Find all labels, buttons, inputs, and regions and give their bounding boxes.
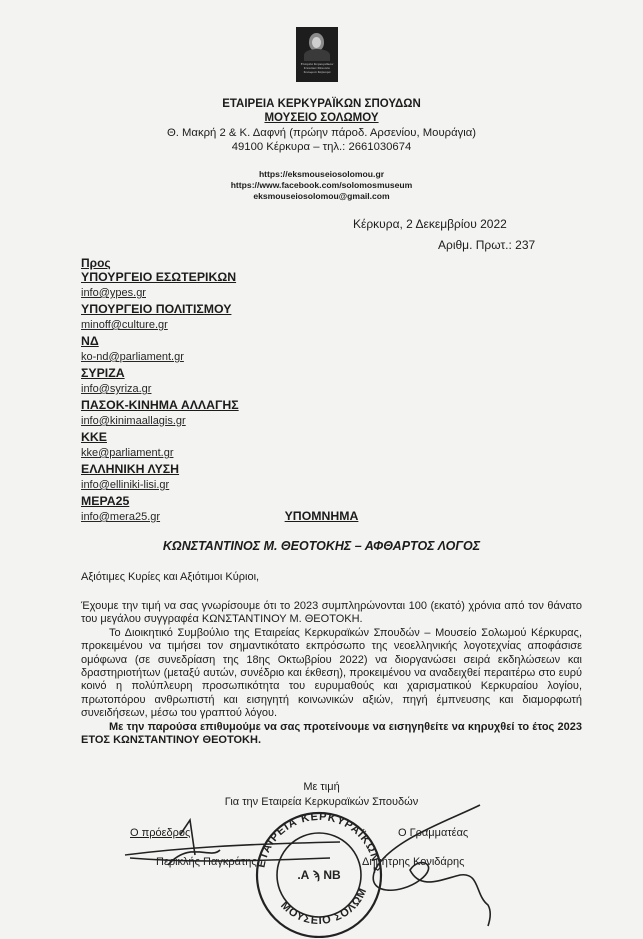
recipient-email[interactable]: info@ypes.gr: [81, 286, 239, 302]
letter-body: Έχουμε την τιμή να σας γνωρίσουμε ότι το…: [81, 600, 582, 747]
recipient-email[interactable]: info@syriza.gr: [81, 382, 239, 398]
paragraph-announcement: Έχουμε την τιμή να σας γνωρίσουμε ότι το…: [81, 600, 582, 627]
recipient-item: ΠΑΣΟΚ-ΚΙΝΗΜΑ ΑΛΛΑΓΗΣ info@kinimaallagis.…: [81, 398, 239, 430]
recipient-item: ΥΠΟΥΡΓΕΙΟ ΕΣΩΤΕΡΙΚΩΝ info@ypes.gr: [81, 270, 239, 302]
svg-text:.Α ϡ ΝΒ: .Α ϡ ΝΒ: [297, 868, 341, 882]
logo-text: Εταιρεία Κερκυραϊκών Σπουδών Μουσείο Σολ…: [298, 62, 336, 75]
recipient-email[interactable]: minoff@culture.gr: [81, 318, 239, 334]
recipient-name: ΠΑΣΟΚ-ΚΙΝΗΜΑ ΑΛΛΑΓΗΣ: [81, 398, 239, 414]
recipient-item: ΝΔ ko-nd@parliament.gr: [81, 334, 239, 366]
recipient-email[interactable]: kke@parliament.gr: [81, 446, 239, 462]
recipients-label: Προς: [81, 256, 239, 270]
secretary-role: Ο Γραμματέας: [398, 827, 468, 839]
portrait-body: [304, 49, 330, 61]
recipient-name: ΣΥΡΙΖΑ: [81, 366, 239, 382]
memo-title: ΥΠΟΜΝΗΜΑ: [0, 509, 643, 523]
recipient-item: ΕΛΛΗΝΙΚΗ ΛΥΣΗ info@elliniki-lisi.gr: [81, 462, 239, 494]
paragraph-proposal: Με την παρούσα επιθυμούμε να σας προτείν…: [81, 721, 582, 748]
recipient-name: ΥΠΟΥΡΓΕΙΟ ΠΟΛΙΤΙΣΜΟΥ: [81, 302, 239, 318]
secretary-name: Δημήτρης Κονιδάρης: [362, 856, 464, 868]
recipient-name: ΜΕΡΑ25: [81, 494, 239, 510]
letter-date: Κέρκυρα, 2 Δεκεμβρίου 2022: [353, 217, 507, 231]
portrait-face: [312, 37, 321, 48]
recipient-name: ΕΛΛΗΝΙΚΗ ΛΥΣΗ: [81, 462, 239, 478]
closing-on-behalf: Για την Εταιρεία Κερκυραϊκών Σπουδών: [0, 796, 643, 808]
salutation: Αξιότιμες Κυρίες και Αξιότιμοι Κύριοι,: [81, 571, 259, 583]
recipient-name: ΥΠΟΥΡΓΕΙΟ ΕΣΩΤΕΡΙΚΩΝ: [81, 270, 239, 286]
museum-name: ΜΟΥΣΕΙΟ ΣΟΛΩΜΟΥ: [0, 112, 643, 124]
closing-regards: Με τιμή: [0, 781, 643, 793]
memo-subject: ΚΩΝΣΤΑΝΤΙΝΟΣ Μ. ΘΕΟΤΟΚΗΣ – ΑΦΘΑΡΤΟΣ ΛΟΓΟ…: [0, 539, 643, 553]
recipient-item: ΥΠΟΥΡΓΕΙΟ ΠΟΛΙΤΙΣΜΟΥ minoff@culture.gr: [81, 302, 239, 334]
recipients-block: Προς ΥΠΟΥΡΓΕΙΟ ΕΣΩΤΕΡΙΚΩΝ info@ypes.gr Υ…: [81, 256, 239, 526]
svg-text:ΜΟΥΣΕΙΟ ΣΟΛΩΜΟΥ: ΜΟΥΣΕΙΟ ΣΟΛΩΜΟΥ: [244, 803, 370, 927]
recipient-email[interactable]: ko-nd@parliament.gr: [81, 350, 239, 366]
recipient-item: ΣΥΡΙΖΑ info@syriza.gr: [81, 366, 239, 398]
postal-phone: 49100 Κέρκυρα – τηλ.: 2661030674: [0, 141, 643, 153]
recipient-item: ΚΚΕ kke@parliament.gr: [81, 430, 239, 462]
protocol-number: Αριθμ. Πρωτ.: 237: [438, 238, 535, 252]
facebook-link[interactable]: https://www.facebook.com/solomosmuseum: [0, 180, 643, 190]
email-link[interactable]: eksmouseiosolomou@gmail.com: [0, 191, 643, 201]
museum-logo: Εταιρεία Κερκυραϊκών Σπουδών Μουσείο Σολ…: [296, 27, 338, 82]
president-role: Ο πρόεδρος: [130, 827, 190, 839]
president-name: Περικλής Παγκράτης: [156, 856, 257, 868]
recipient-email[interactable]: info@kinimaallagis.gr: [81, 414, 239, 430]
recipient-name: ΝΔ: [81, 334, 239, 350]
letter-page: Εταιρεία Κερκυραϊκών Σπουδών Μουσείο Σολ…: [0, 0, 643, 939]
recipient-email[interactable]: info@elliniki-lisi.gr: [81, 478, 239, 494]
org-name: ΕΤΑΙΡΕΙΑ ΚΕΡΚΥΡΑΪΚΩΝ ΣΠΟΥΔΩΝ: [0, 98, 643, 110]
address: Θ. Μακρή 2 & Κ. Δαφνή (πρώην πάροδ. Αρσε…: [0, 127, 643, 139]
recipient-name: ΚΚΕ: [81, 430, 239, 446]
official-stamp: ΕΤΑΙΡΕΙΑ ΚΕΡΚΥΡΑΪΚΩΝ ΣΠΟΥΔΩΝ ΜΟΥΣΕΙΟ ΣΟΛ…: [244, 803, 394, 938]
website-link[interactable]: https://eksmouseiosolomou.gr: [0, 169, 643, 179]
paragraph-decision: Το Διοικητικό Συμβούλιο της Εταιρείας Κε…: [81, 627, 582, 721]
